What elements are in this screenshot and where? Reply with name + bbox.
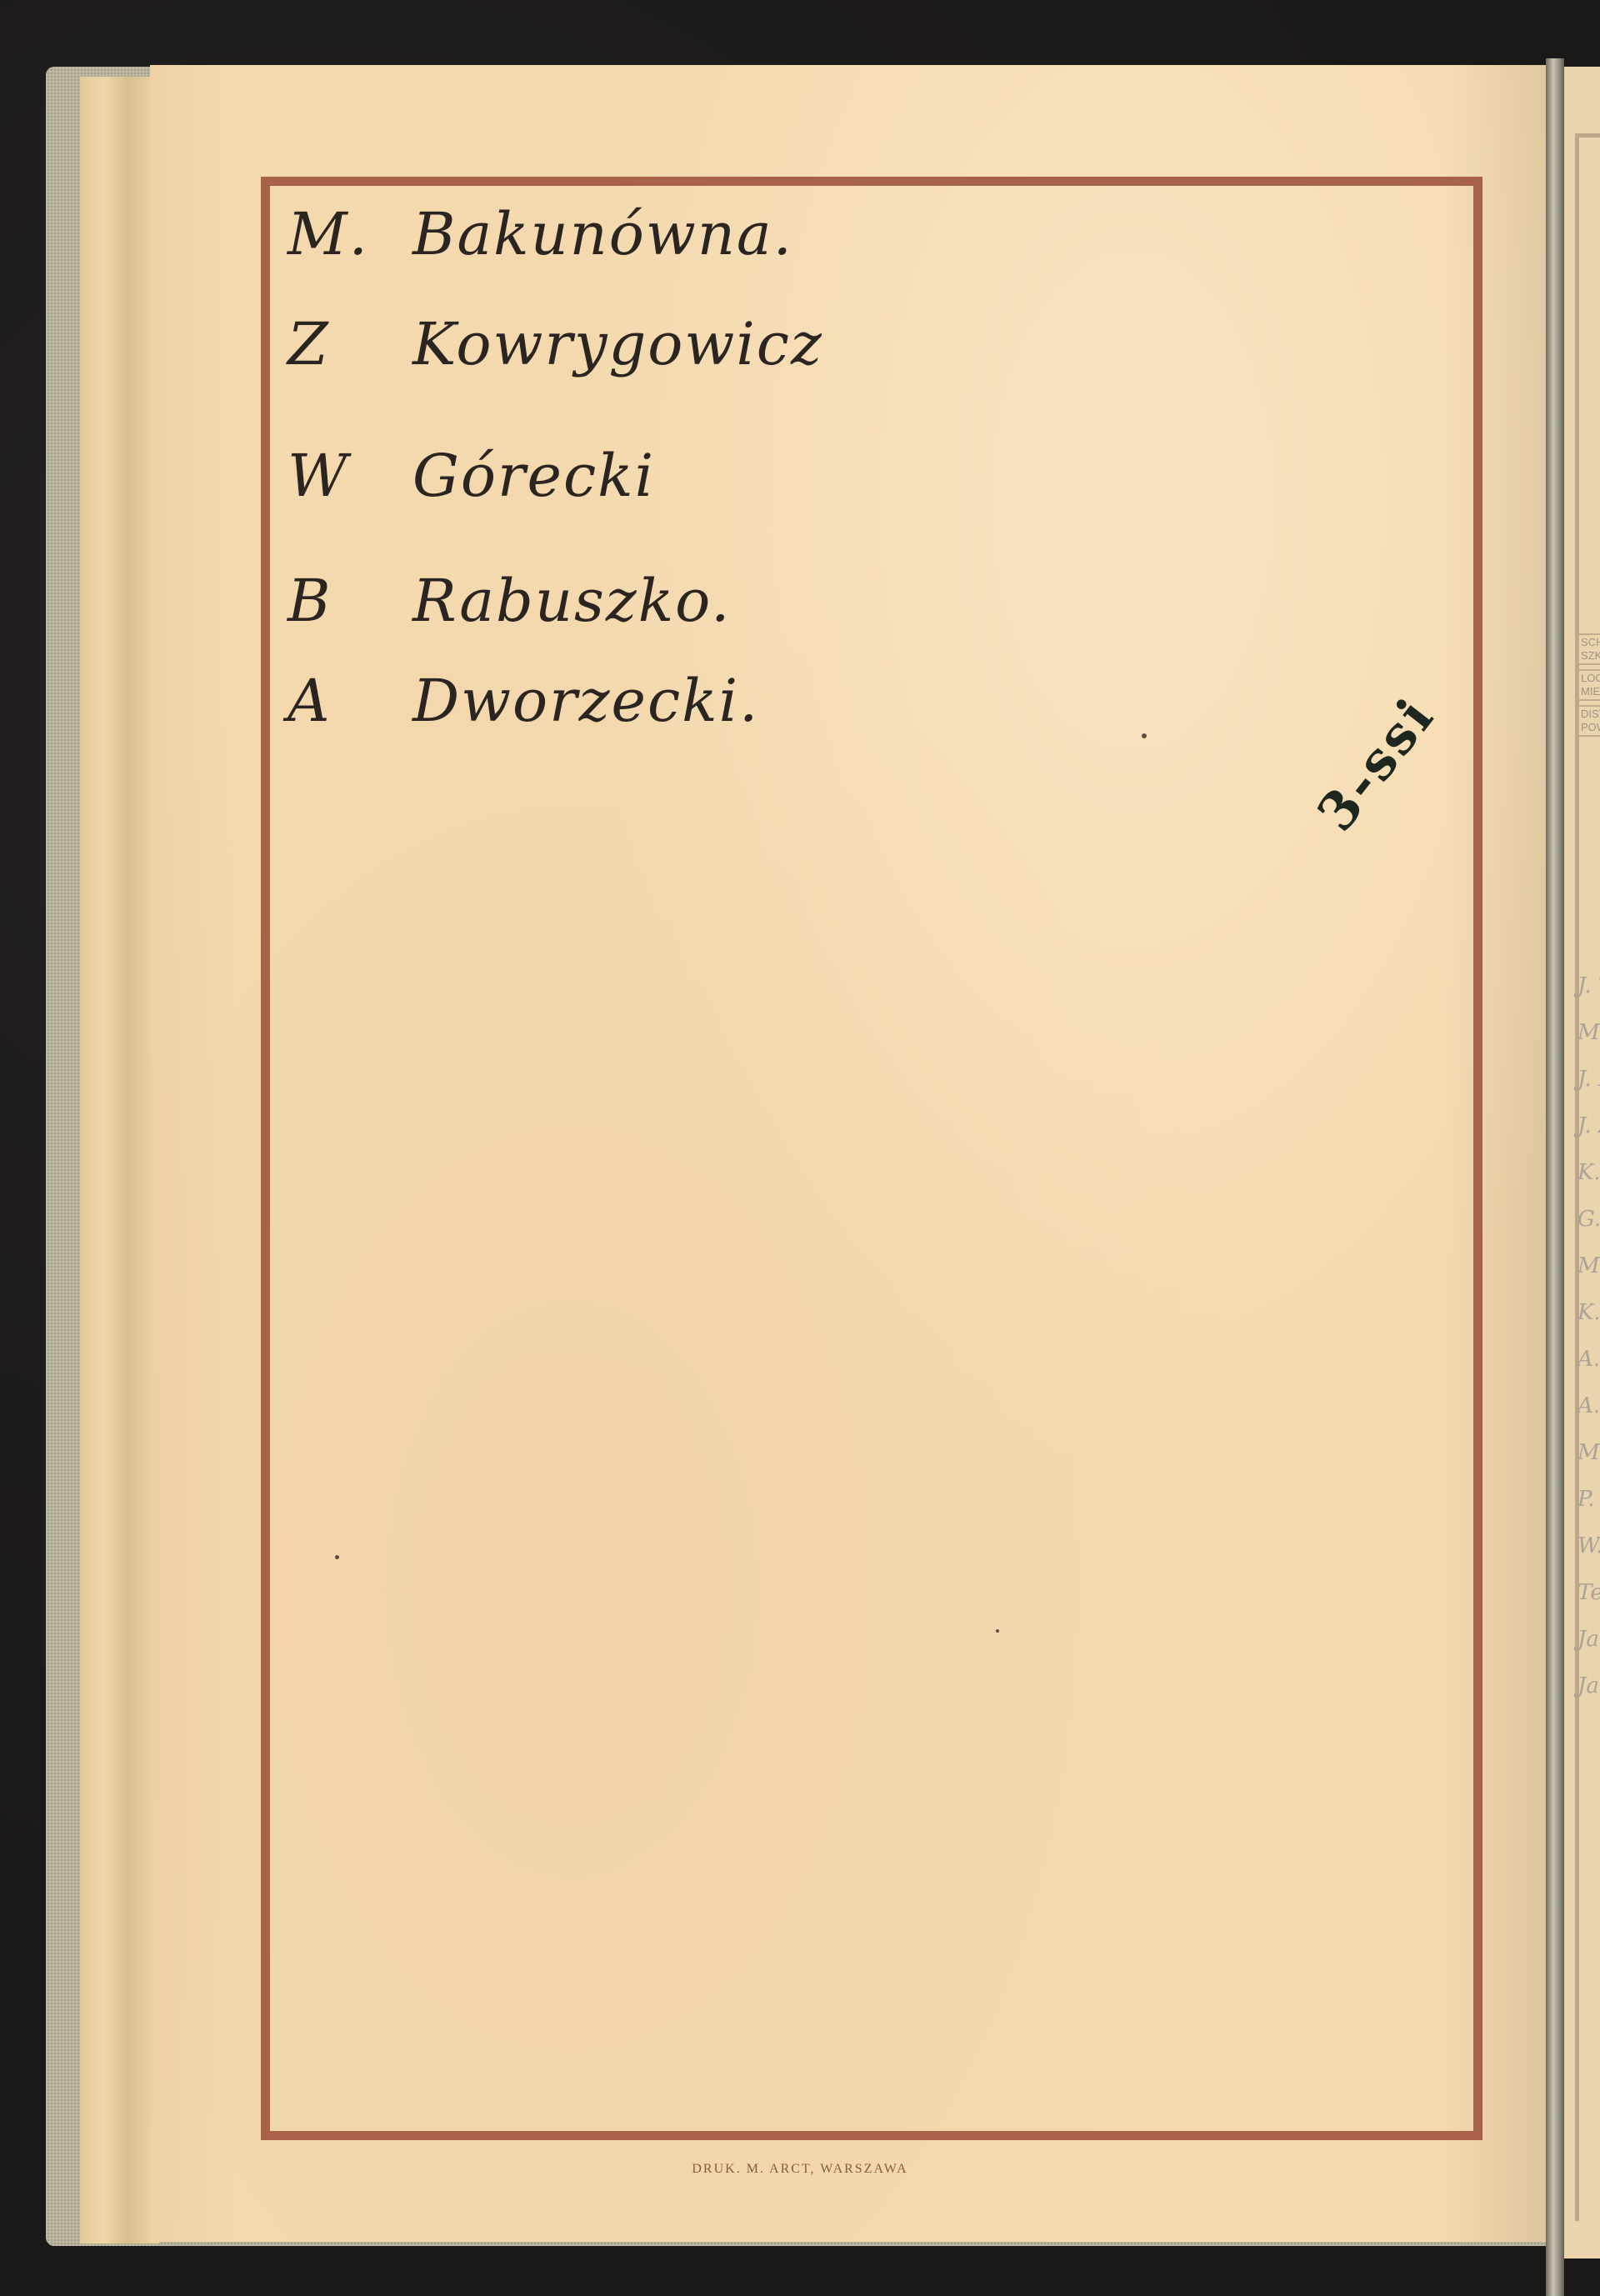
adjacent-name: W. bbox=[1577, 1523, 1600, 1569]
ink-spot bbox=[335, 1555, 339, 1559]
name-initial: B bbox=[287, 567, 412, 635]
adjacent-name: Teodo bbox=[1577, 1569, 1600, 1616]
name-surname: Bakunówna. bbox=[412, 200, 793, 268]
adjacent-name: K. bbox=[1577, 1289, 1600, 1336]
ink-spot bbox=[996, 1629, 999, 1633]
name-surname: Rabuszko. bbox=[412, 567, 731, 635]
adjacent-name: P. c bbox=[1577, 1476, 1600, 1523]
name-entry: ZKowrygowicz bbox=[287, 310, 823, 378]
book-gutter bbox=[1546, 58, 1564, 2296]
name-entry: WGórecki bbox=[287, 442, 655, 510]
name-entry: ADworzecki. bbox=[287, 667, 759, 735]
adjacent-name: G. bbox=[1577, 1196, 1600, 1243]
name-surname: Górecki bbox=[412, 442, 655, 510]
adjacent-page-labels: SCHOOL SZKOŁA LOCAL MIEJSC DISTRI POWI bbox=[1577, 633, 1600, 741]
adjacent-name: J. M bbox=[1577, 1056, 1600, 1103]
adjacent-name: A. c bbox=[1577, 1383, 1600, 1429]
adjacent-name: Jan bbox=[1577, 1663, 1600, 1709]
adjacent-name: K. A bbox=[1577, 1149, 1600, 1196]
name-initial: M. bbox=[287, 200, 412, 268]
name-initial: Z bbox=[287, 310, 412, 378]
adjacent-page-names: J. T Ma J. M J. Z K. A G. M. K. A. A. c … bbox=[1577, 963, 1600, 1709]
adjacent-name: J. Z bbox=[1577, 1103, 1600, 1149]
name-initial: W bbox=[287, 442, 412, 510]
name-surname: Dworzecki. bbox=[412, 667, 759, 735]
name-entry: BRabuszko. bbox=[287, 567, 731, 635]
adjacent-name: Jan bbox=[1577, 1616, 1600, 1663]
adjacent-label: SCHOOL SZKOŁA bbox=[1577, 633, 1600, 665]
ink-spot bbox=[1142, 733, 1147, 738]
adjacent-name: A. bbox=[1577, 1336, 1600, 1383]
name-entry: M.Bakunówna. bbox=[287, 200, 793, 268]
adjacent-name: M. bbox=[1577, 1429, 1600, 1476]
adjacent-name: M. bbox=[1577, 1243, 1600, 1289]
adjacent-label: DISTRI POWI bbox=[1577, 705, 1600, 737]
page-block-edges bbox=[80, 77, 159, 2243]
adjacent-name: Ma bbox=[1577, 1009, 1600, 1056]
adjacent-label: LOCAL MIEJSC bbox=[1577, 669, 1600, 701]
name-initial: A bbox=[287, 667, 412, 735]
printer-imprint: DRUK. M. ARCT, WARSZAWA bbox=[0, 2162, 1600, 2177]
name-surname: Kowrygowicz bbox=[412, 310, 823, 378]
adjacent-name: J. T bbox=[1577, 963, 1600, 1009]
